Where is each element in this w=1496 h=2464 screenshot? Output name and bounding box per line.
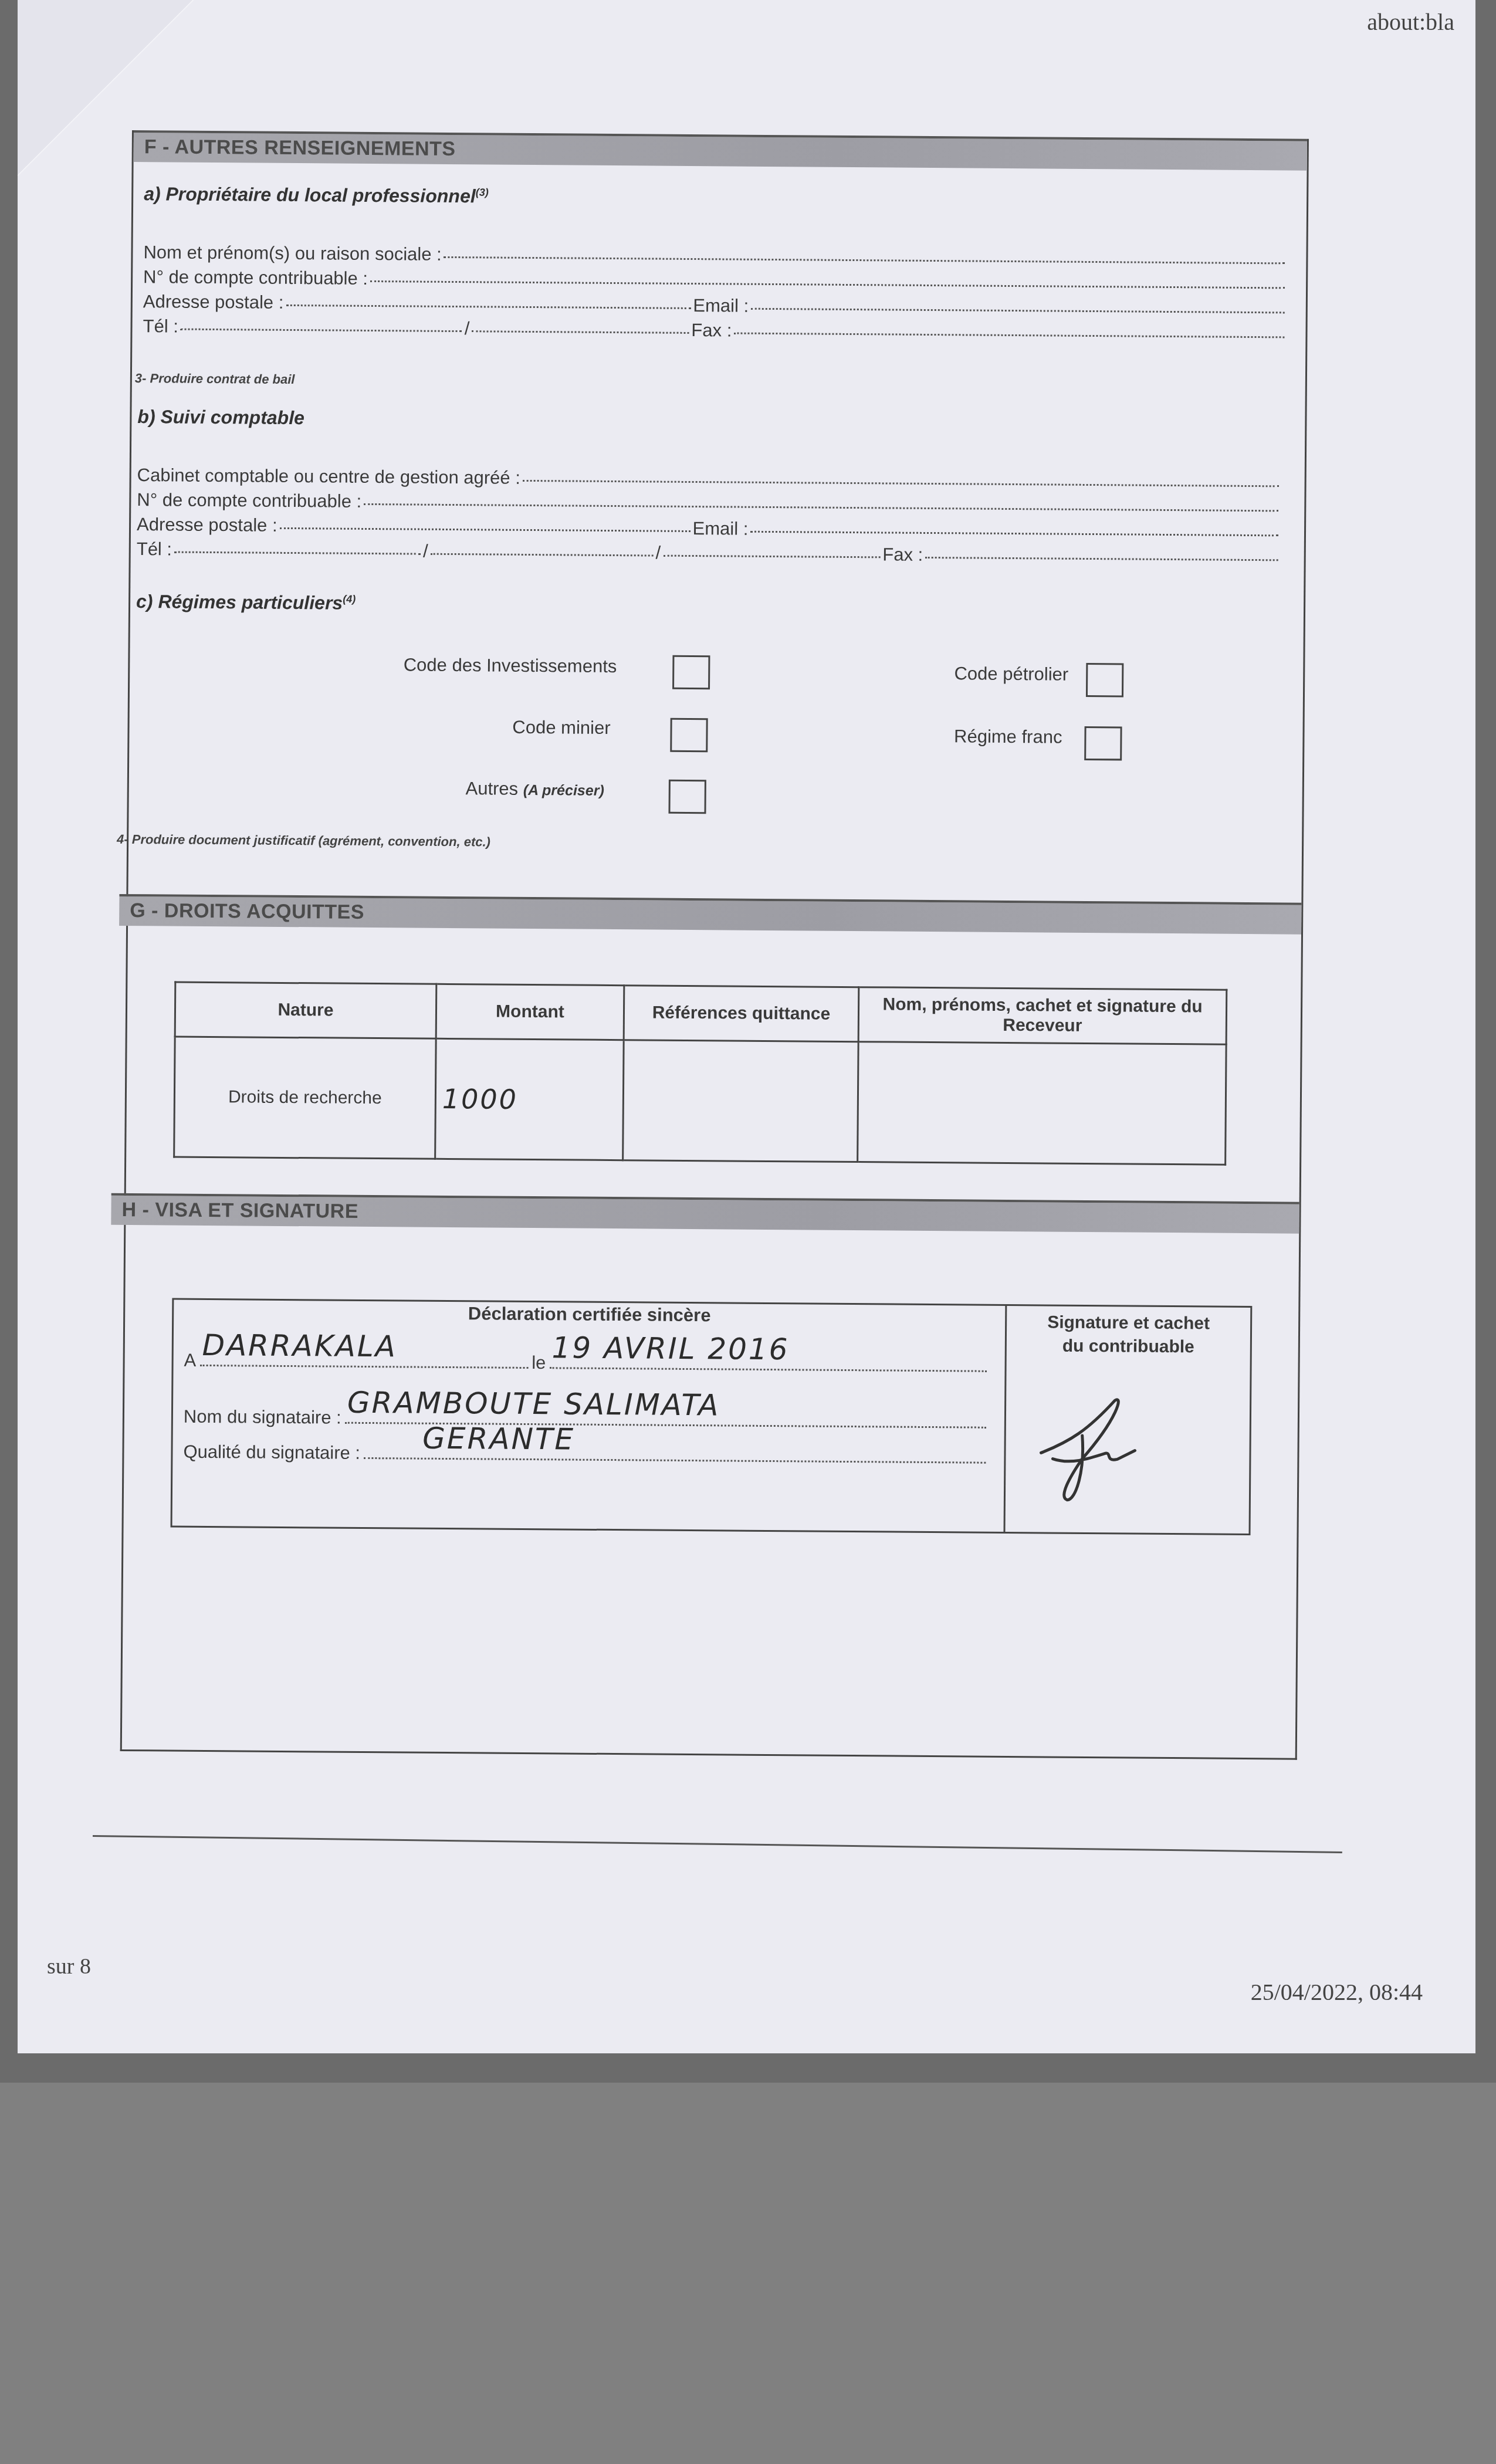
accountant-address-row: Adresse postale : Email :: [137, 514, 1281, 543]
heading-text: c) Régimes particuliers: [136, 591, 343, 614]
section-f-a-heading: a) Propriétaire du local professionnel(3…: [144, 183, 489, 207]
owner-phone2-input[interactable]: [472, 330, 689, 334]
col-receveur: Nom, prénoms, cachet et signature du Rec…: [858, 987, 1227, 1045]
signatory-role-field[interactable]: GERANTE: [364, 1435, 986, 1464]
section-f-b-heading: b) Suivi comptable: [137, 406, 304, 429]
accountant-phone3-input[interactable]: [663, 555, 880, 559]
place-date-row: A DARRAKALA le 19 AVRIL 2016: [184, 1342, 990, 1377]
field-label: Fax :: [882, 544, 923, 566]
signatory-role-label: Qualité du signataire :: [183, 1441, 360, 1464]
option-regime-franc-checkbox[interactable]: [1084, 726, 1122, 760]
accountant-address-input[interactable]: [280, 527, 691, 532]
section-g-header: G - DROITS ACQUITTES: [119, 894, 1301, 935]
separator: /: [465, 318, 470, 339]
option-regime-franc-label: Régime franc: [833, 725, 1062, 748]
section-h-header: H - VISA ET SIGNATURE: [111, 1193, 1299, 1234]
cell-references[interactable]: [623, 1040, 858, 1162]
signatory-name-row: Nom du signataire : GRAMBOUTE SALIMATA: [184, 1399, 990, 1433]
accountant-email-input[interactable]: [750, 531, 1278, 537]
handwritten-amount: 1000: [442, 1083, 518, 1115]
handwritten-role: GERANTE: [422, 1421, 575, 1457]
signatory-name-label: Nom du signataire :: [184, 1406, 341, 1429]
handwritten-place: DARRAKALA: [202, 1328, 397, 1363]
field-label: Email :: [692, 518, 748, 540]
owner-name-field[interactable]: Nom et prénom(s) ou raison sociale :: [143, 242, 1287, 271]
accountant-phone-row: Tél : / / Fax :: [137, 539, 1281, 568]
declaration-title: Déclaration certifiée sincère: [174, 1301, 1005, 1328]
cell-nature: Droits de recherche: [174, 1037, 436, 1159]
option-code-investissements-label: Code des Investissements: [306, 654, 617, 677]
droits-acquittes-table: Nature Montant Références quittance Nom,…: [173, 981, 1227, 1166]
separator: /: [656, 543, 661, 564]
handwritten-signature-icon: [1035, 1394, 1153, 1512]
table-row: Droits de recherche 1000: [174, 1037, 1226, 1165]
option-code-investissements-checkbox[interactable]: [672, 655, 710, 689]
owner-phone-row: Tél : / Fax :: [143, 316, 1287, 345]
owner-address-row: Adresse postale : Email :: [143, 291, 1287, 320]
declaration-left: Déclaration certifiée sincère A DARRAKAL…: [172, 1300, 1007, 1532]
fill-line: [444, 256, 1285, 265]
owner-fax-input[interactable]: [734, 333, 1284, 339]
handwritten-date: 19 AVRIL 2016: [551, 1331, 789, 1366]
signature-title-text: Signature et cachet du contribuable: [1040, 1311, 1217, 1359]
signature-title: Signature et cachet du contribuable: [1007, 1311, 1251, 1359]
col-references: Références quittance: [624, 986, 859, 1042]
footnote-ref: (3): [476, 187, 489, 198]
pen-stroke: [93, 1835, 1342, 1853]
option-code-petrolier-checkbox[interactable]: [1086, 663, 1123, 697]
date-field[interactable]: 19 AVRIL 2016: [549, 1345, 986, 1372]
accountant-phone2-input[interactable]: [431, 553, 654, 557]
declaration-box: Déclaration certifiée sincère A DARRAKAL…: [171, 1298, 1253, 1535]
label-hint: (A préciser): [523, 782, 604, 799]
owner-account-field[interactable]: N° de compte contribuable :: [143, 266, 1287, 296]
place-label: A: [184, 1350, 197, 1371]
field-label: N° de compte contribuable :: [137, 489, 361, 512]
section-f-header: F - AUTRES RENSEIGNEMENTS: [134, 130, 1307, 171]
option-autres-checkbox[interactable]: [668, 780, 706, 814]
date-label: le: [532, 1352, 546, 1373]
cell-receveur[interactable]: [858, 1042, 1226, 1165]
option-code-petrolier-label: Code pétrolier: [834, 662, 1068, 685]
scanned-page: about:bla F - AUTRES RENSEIGNEMENTS a) P…: [18, 0, 1475, 2053]
page-count: sur 8: [47, 1954, 91, 1979]
field-label: Tél :: [137, 539, 172, 560]
field-label: Tél :: [143, 316, 178, 337]
signatory-role-row: Qualité du signataire : GERANTE: [183, 1434, 989, 1468]
field-label: Fax :: [691, 320, 732, 341]
browser-url-header: about:bla: [1367, 8, 1454, 36]
field-label: Cabinet comptable ou centre de gestion a…: [137, 465, 520, 489]
owner-email-input[interactable]: [751, 308, 1285, 314]
handwritten-name: GRAMBOUTE SALIMATA: [347, 1386, 720, 1423]
col-nature: Nature: [175, 982, 436, 1038]
fill-line: [364, 503, 1278, 512]
field-label: Nom et prénom(s) ou raison sociale :: [143, 242, 442, 265]
owner-address-input[interactable]: [286, 304, 691, 309]
option-code-minier-checkbox[interactable]: [670, 718, 708, 752]
field-label: N° de compte contribuable :: [143, 266, 368, 289]
label-text: Autres: [465, 778, 518, 799]
fill-line: [523, 480, 1279, 487]
place-field[interactable]: DARRAKALA: [199, 1342, 528, 1369]
option-autres-label: Autres (A préciser): [305, 777, 604, 800]
separator: /: [423, 541, 428, 562]
form-frame: F - AUTRES RENSEIGNEMENTS a) Propriétair…: [120, 130, 1309, 1760]
accountant-phone-input[interactable]: [174, 551, 421, 555]
col-montant: Montant: [436, 984, 624, 1040]
print-timestamp: 25/04/2022, 08:44: [1251, 1978, 1423, 2006]
cell-montant[interactable]: 1000: [435, 1038, 624, 1160]
footnote-ref: (4): [343, 593, 356, 605]
field-label: Email :: [693, 295, 749, 317]
section-f-c-heading: c) Régimes particuliers(4): [136, 591, 356, 614]
accountant-fax-input[interactable]: [925, 557, 1278, 561]
heading-text: a) Propriétaire du local professionnel: [144, 183, 476, 207]
owner-phone-input[interactable]: [181, 329, 462, 333]
accountant-account-field[interactable]: N° de compte contribuable :: [137, 489, 1281, 519]
accountant-field[interactable]: Cabinet comptable ou centre de gestion a…: [137, 465, 1281, 494]
signature-box[interactable]: Signature et cachet du contribuable: [1006, 1306, 1251, 1534]
field-label: Adresse postale :: [143, 291, 284, 313]
footnote-4: 4- Produire document justificatif (agrém…: [117, 832, 490, 850]
field-label: Adresse postale :: [137, 514, 277, 536]
fill-line: [370, 280, 1285, 289]
table-header-row: Nature Montant Références quittance Nom,…: [175, 982, 1227, 1044]
footnote-3: 3- Produire contrat de bail: [135, 371, 295, 387]
option-code-minier-label: Code minier: [305, 715, 610, 739]
